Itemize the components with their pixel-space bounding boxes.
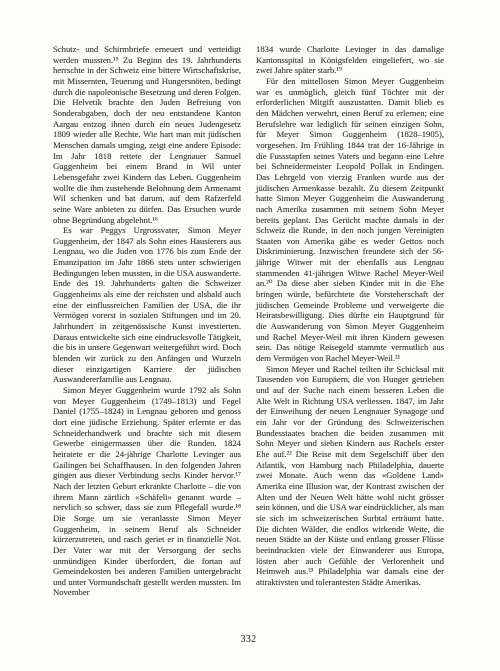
text-columns: Schutz- und Schirmbriefe erneuert und ve… — [53, 44, 444, 598]
page-number: 332 — [53, 634, 444, 645]
paragraph-right-2: Für den mittellosen Simon Meyer Guggenhe… — [256, 76, 444, 364]
paragraph-left-3: Simon Meyer Guggenheim wurde 1792 als So… — [53, 385, 241, 598]
book-page: Schutz- und Schirmbriefe erneuert und ve… — [0, 0, 500, 671]
paragraph-left-1: Schutz- und Schirmbriefe erneuert und ve… — [53, 44, 241, 225]
paragraph-right-3: Simon Meyer und Rachel teilten ihr Schic… — [256, 364, 444, 588]
column-left: Schutz- und Schirmbriefe erneuert und ve… — [53, 44, 241, 598]
paragraph-left-2: Es war Peggys Urgrossvater, Simon Meyer … — [53, 225, 241, 385]
paragraph-right-1: 1834 wurde Charlotte Levinger in das dam… — [256, 44, 444, 76]
column-right: 1834 wurde Charlotte Levinger in das dam… — [256, 44, 444, 598]
